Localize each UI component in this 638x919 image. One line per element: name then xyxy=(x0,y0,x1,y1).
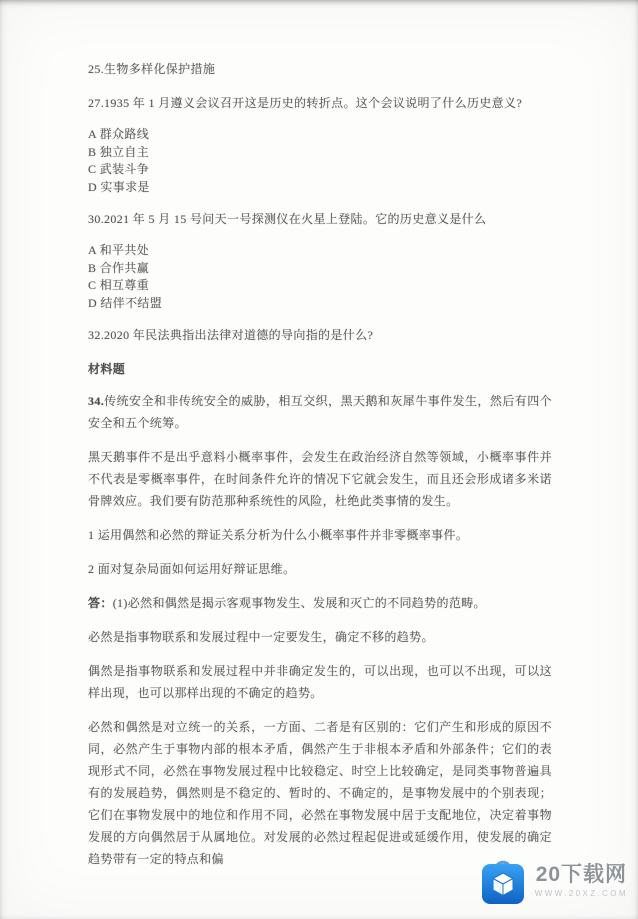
document-page: 25.生物多样化保护措施 27.1935 年 1 月遵义会议召开这是历史的转折点… xyxy=(0,0,638,919)
document-body: 25.生物多样化保护措施 27.1935 年 1 月遵义会议召开这是历史的转折点… xyxy=(88,58,552,882)
option-c: C 武装斗争 xyxy=(88,161,552,179)
sub-question-2: 2 面对复杂局面如何运用好辩证思维。 xyxy=(88,558,552,580)
option-b: B 独立自主 xyxy=(88,144,552,162)
question-30: 30.2021 年 5 月 15 号问天一号探测仪在火星上登陆。它的历史意义是什… xyxy=(88,208,552,230)
question-25: 25.生物多样化保护措施 xyxy=(88,58,552,80)
option-a: A 群众路线 xyxy=(88,126,552,144)
question-30-options: A 和平共处 B 合作共赢 C 相互尊重 D 结伴不结盟 xyxy=(88,242,552,312)
watermark-text: 20下载网 WWW.20XZ.COM xyxy=(535,864,628,898)
answer-paragraph-3: 偶然是指事物联系和发展过程中并非确定发生的，可以出现，也可以不出现，可以这样出现… xyxy=(88,660,552,704)
option-d: D 实事求是 xyxy=(88,179,552,197)
question-intro-text: 传统安全和非传统安全的威胁，相互交织，黑天鹅和灰犀牛事件发生，然后有四个安全和五… xyxy=(88,394,552,430)
question-27: 27.1935 年 1 月遵义会议召开这是历史的转折点。这个会议说明了什么历史意… xyxy=(88,92,552,114)
download-site-logo-icon xyxy=(481,857,525,905)
watermark-brand: 20下载网 xyxy=(536,864,627,886)
answer-label: 答： xyxy=(88,596,113,610)
answer-paragraph-2: 必然是指事物联系和发展过程中一定要发生，确定不移的趋势。 xyxy=(88,626,552,648)
material-paragraph: 黑天鹅事件不是出乎意料小概率事件，会发生在政治经济自然等领域，小概率事件并不代表… xyxy=(88,446,552,512)
watermark-url: WWW.20XZ.COM xyxy=(535,889,628,898)
watermark: 20下载网 WWW.20XZ.COM xyxy=(481,857,628,905)
question-34-intro: 34.传统安全和非传统安全的威胁，相互交织，黑天鹅和灰犀牛事件发生，然后有四个安… xyxy=(88,390,552,434)
answer-paragraph-1: 答：(1)必然和偶然是揭示客观事物发生、发展和灭亡的不同趋势的范畴。 xyxy=(88,592,552,614)
question-number: 34. xyxy=(88,394,104,408)
section-heading: 材料题 xyxy=(88,358,552,380)
option-a: A 和平共处 xyxy=(88,242,552,260)
sub-question-1: 1 运用偶然和必然的辩证关系分析为什么小概率事件并非零概率事件。 xyxy=(88,524,552,546)
option-d: D 结伴不结盟 xyxy=(88,295,552,313)
question-32: 32.2020 年民法典指出法律对道德的导向指的是什么? xyxy=(88,324,552,346)
option-b: B 合作共赢 xyxy=(88,260,552,278)
question-27-options: A 群众路线 B 独立自主 C 武装斗争 D 实事求是 xyxy=(88,126,552,196)
option-c: C 相互尊重 xyxy=(88,277,552,295)
answer-text: (1)必然和偶然是揭示客观事物发生、发展和灭亡的不同趋势的范畴。 xyxy=(113,596,486,610)
answer-paragraph-4: 必然和偶然是对立统一的关系，一方面、二者是有区别的：它们产生和形成的原因不同，必… xyxy=(88,716,552,870)
